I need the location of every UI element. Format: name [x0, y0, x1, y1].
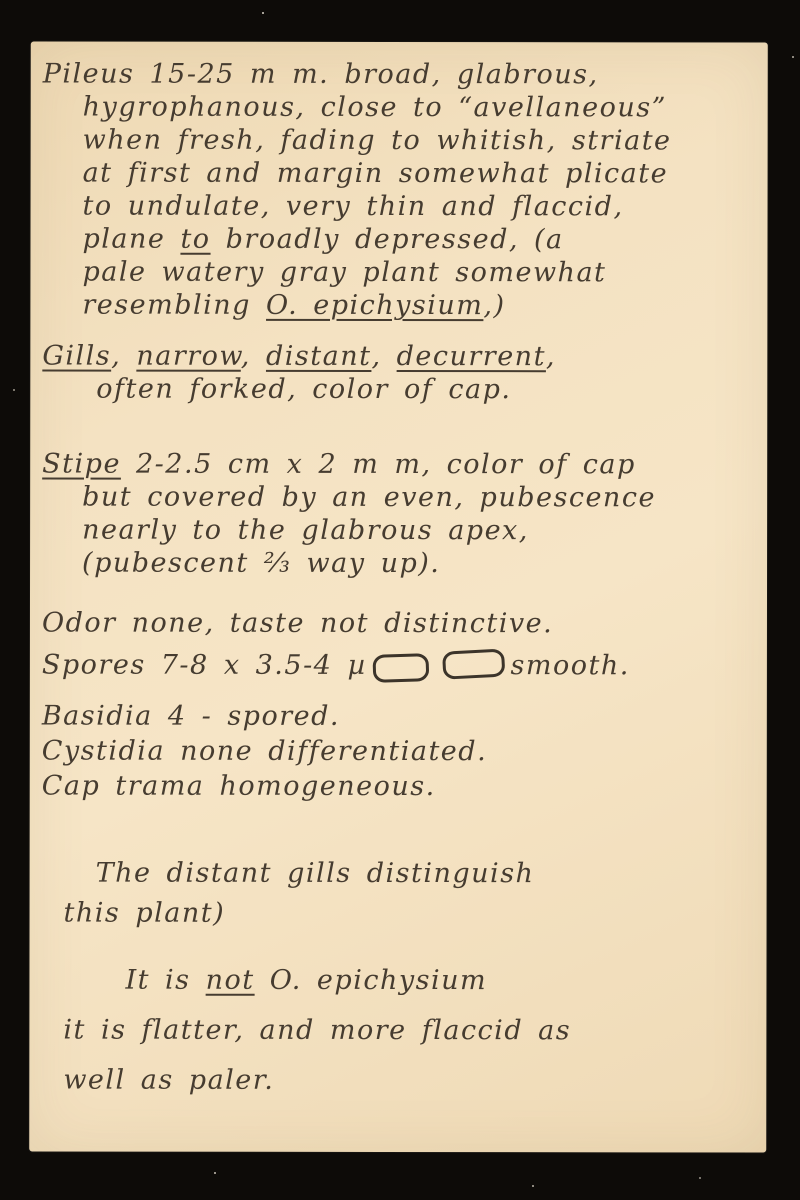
note-card: Pileus 15-25 m m. broad, glabrous,hygrop… [29, 41, 768, 1152]
text-segment: Stipe [42, 449, 121, 480]
note-line: The distant gills distinguish [30, 853, 767, 894]
text-segment: O. epichysium [255, 965, 487, 996]
paragraph-basidia: Basidia 4 - spored. [30, 698, 767, 734]
note-line: but covered by an even, pubescence [30, 480, 767, 514]
paragraph-spores: Spores 7-8 x 3.5-4 µsmooth. [30, 645, 767, 687]
note-line: nearly to the glabrous apex, [30, 513, 767, 547]
text-segment: , [111, 341, 136, 372]
text-segment: Cap trama homogeneous. [42, 771, 436, 803]
text-segment: but covered by an even, pubescence [82, 482, 656, 514]
paragraph-note-not: It is not O. epichysiumit is flatter, an… [29, 955, 766, 1106]
text-segment: at first and margin somewhat plicate [83, 158, 669, 190]
text-segment: Basidia 4 - spored. [42, 701, 340, 732]
text-segment: 2-2.5 cm x 2 m m, color of cap [121, 449, 636, 481]
text-segment: distant [266, 341, 372, 372]
text-segment: not [206, 965, 255, 996]
note-line: often forked, color of cap. [30, 372, 767, 406]
text-segment: to undulate, very thin and flaccid, [83, 191, 624, 223]
text-segment: Spores 7-8 x 3.5-4 µ [42, 650, 367, 681]
paragraph-pileus: Pileus 15-25 m m. broad, glabrous,hygrop… [30, 57, 767, 322]
text-segment: Odor none, taste not distinctive. [42, 608, 553, 640]
text-segment: this plant) [64, 898, 226, 929]
text-segment: O. epichysium [266, 290, 483, 321]
text-segment: hygrophanous, close to “avellaneous” [83, 92, 667, 124]
note-line: it is flatter, and more flaccid as [29, 1005, 766, 1056]
note-line: resembling O. epichysium,) [30, 288, 767, 322]
text-segment: (pubescent ⅔ way up). [82, 548, 440, 580]
text-segment: The distant gills distinguish [96, 858, 535, 890]
photo-background: { "note": { "description": "Handwritten … [0, 0, 800, 1200]
note-card-content: Pileus 15-25 m m. broad, glabrous,hygrop… [29, 57, 767, 1106]
text-segment: It is [125, 965, 205, 996]
text-segment: it is flatter, and more flaccid as [63, 1015, 571, 1047]
note-line: pale watery gray plant somewhat [30, 255, 767, 289]
note-line: (pubescent ⅔ way up). [30, 546, 767, 580]
note-line: when fresh, fading to whitish, striate [31, 123, 768, 157]
text-segment: often forked, color of cap. [96, 374, 511, 406]
note-line: Pileus 15-25 m m. broad, glabrous, [31, 57, 768, 91]
text-segment: pale watery gray plant somewhat [82, 257, 606, 289]
spore-drawing-icon [442, 648, 505, 679]
paragraph-cystidia: Cystidia none differentiated. [30, 733, 767, 769]
note-line: It is not O. epichysium [29, 955, 766, 1006]
note-line: Spores 7-8 x 3.5-4 µsmooth. [30, 645, 767, 687]
text-segment: narrow [136, 341, 241, 372]
text-segment: resembling [82, 290, 266, 321]
note-line: well as paler. [29, 1055, 766, 1106]
paragraph-odor: Odor none, taste not distinctive. [30, 603, 767, 644]
note-line: Odor none, taste not distinctive. [30, 603, 767, 644]
note-line: to undulate, very thin and flaccid, [31, 189, 768, 223]
paragraph-gills: Gills, narrow, distant, decurrent,often … [30, 339, 767, 406]
paragraph-note-distant: The distant gills distinguishthis plant) [30, 853, 767, 934]
text-segment: when fresh, fading to whitish, striate [83, 125, 672, 157]
text-segment: to [180, 224, 210, 255]
text-segment: well as paler. [63, 1065, 274, 1096]
note-line: hygrophanous, close to “avellaneous” [31, 90, 768, 124]
note-line: Gills, narrow, distant, decurrent, [30, 339, 767, 373]
text-segment: smooth. [510, 650, 629, 681]
text-segment: Gills [42, 341, 111, 372]
text-segment: Pileus 15-25 m m. broad, glabrous, [43, 59, 599, 91]
note-line: plane to broadly depressed, (a [30, 222, 767, 256]
text-segment: , [371, 341, 396, 372]
text-segment: Cystidia none differentiated. [42, 736, 487, 768]
note-line: Cap trama homogeneous. [30, 768, 767, 804]
text-segment: plane [82, 224, 180, 255]
text-segment: nearly to the glabrous apex, [82, 515, 529, 547]
note-line: this plant) [30, 893, 767, 934]
text-segment: broadly depressed, (a [211, 224, 564, 255]
text-segment: , [241, 341, 266, 372]
paragraph-stipe: Stipe 2-2.5 cm x 2 m m, color of capbut … [30, 447, 767, 580]
note-line: Cystidia none differentiated. [30, 733, 767, 769]
spore-drawing-group [372, 647, 504, 687]
note-line: Basidia 4 - spored. [30, 698, 767, 734]
text-segment: decurrent [397, 341, 546, 372]
spore-drawing-icon [372, 653, 429, 683]
note-line: at first and margin somewhat plicate [31, 156, 768, 190]
text-segment: , [546, 341, 556, 372]
note-line: Stipe 2-2.5 cm x 2 m m, color of cap [30, 447, 767, 481]
text-segment: ,) [483, 290, 505, 321]
paragraph-cap-trama: Cap trama homogeneous. [30, 768, 767, 804]
